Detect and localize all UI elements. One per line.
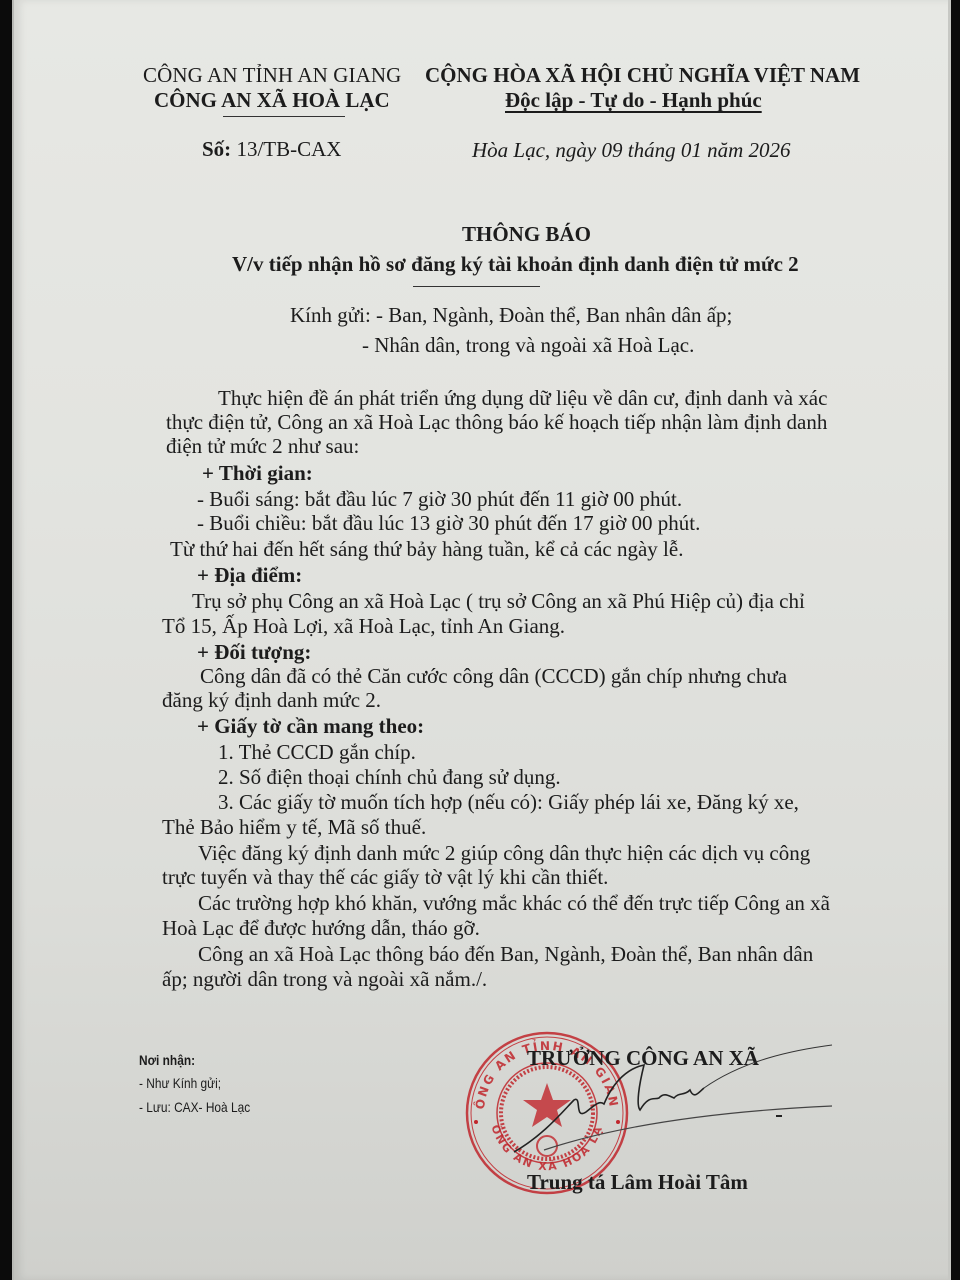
document-page: CÔNG AN TỈNH AN GIANG CÔNG AN XÃ HOÀ LẠC… <box>12 0 951 1280</box>
time-afternoon: - Buổi chiều: bắt đầu lúc 13 giờ 30 phút… <box>197 511 700 535</box>
national-motto: Độc lập - Tự do - Hạnh phúc <box>505 88 762 113</box>
recipients-list-item: - Như Kính gửi; <box>139 1075 221 1091</box>
closing-line-1: Công an xã Hoà Lạc thông báo đến Ban, Ng… <box>198 942 813 966</box>
place-date: Hòa Lạc, ngày 09 tháng 01 năm 2026 <box>472 138 791 163</box>
document-number: Số: 13/TB-CAX <box>202 137 341 162</box>
documents-item-2: 2. Số điện thoại chính chủ đang sử dụng. <box>218 765 561 789</box>
difficulties-line-2: Hoà Lạc để được hướng dẫn, tháo gỡ. <box>162 916 480 940</box>
document-number-value: 13/TB-CAX <box>236 137 341 161</box>
intro-line-1: Thực hiện đề án phát triển ứng dụng dữ l… <box>218 386 827 410</box>
documents-item-3: 3. Các giấy tờ muốn tích hợp (nếu có): G… <box>218 790 799 814</box>
subject-line-2: đăng ký định danh mức 2. <box>162 688 381 712</box>
document-number-label: Số: <box>202 137 231 161</box>
signer-name: Trung tá Lâm Hoài Tâm <box>527 1170 748 1195</box>
signature-icon <box>454 1040 834 1160</box>
country-name: CỘNG HÒA XÃ HỘI CHỦ NGHĨA VIỆT NAM <box>425 63 860 88</box>
benefit-line-1: Việc đăng ký định danh mức 2 giúp công d… <box>198 841 810 865</box>
time-heading: + Thời gian: <box>202 461 313 485</box>
recipients-line-1: Kính gửi: - Ban, Ngành, Đoàn thể, Ban nh… <box>290 303 732 328</box>
documents-heading: + Giấy tờ cần mang theo: <box>197 714 424 738</box>
intro-line-3: điện tử mức 2 như sau: <box>166 434 359 458</box>
subject-line-1: Công dân đã có thẻ Căn cước công dân (CC… <box>200 664 787 688</box>
benefit-line-2: trực tuyến và thay thế các giấy tờ vật l… <box>162 865 608 889</box>
issuing-authority-parent: CÔNG AN TỈNH AN GIANG <box>143 63 401 88</box>
location-line-2: Tổ 15, Ấp Hoà Lợi, xã Hoà Lạc, tỉnh An G… <box>162 614 565 638</box>
document-subject: V/v tiếp nhận hồ sơ đăng ký tài khoản đị… <box>232 252 799 277</box>
recipients-line-2: - Nhân dân, trong và ngoài xã Hoà Lạc. <box>362 333 694 358</box>
recipients-list-item: - Lưu: CAX- Hoà Lạc <box>139 1099 250 1115</box>
difficulties-line-1: Các trường hợp khó khăn, vướng mắc khác … <box>198 891 830 915</box>
closing-line-2: ấp; người dân trong và ngoài xã nắm./. <box>162 967 487 991</box>
subject-heading: + Đối tượng: <box>197 640 311 664</box>
recipients-list-title: Nơi nhận: <box>139 1052 195 1068</box>
documents-item-1: 1. Thẻ CCCD gắn chíp. <box>218 740 416 764</box>
photo-frame: CÔNG AN TỈNH AN GIANG CÔNG AN XÃ HOÀ LẠC… <box>0 0 960 1280</box>
title-rule <box>413 286 540 287</box>
location-heading: + Địa điểm: <box>197 563 302 587</box>
paper-edge <box>948 0 951 1280</box>
document-title: THÔNG BÁO <box>462 222 591 247</box>
intro-line-2: thực điện tử, Công an xã Hoà Lạc thông b… <box>166 410 827 434</box>
time-days: Từ thứ hai đến hết sáng thứ bảy hàng tuầ… <box>170 537 683 561</box>
documents-item-3-cont: Thẻ Bảo hiểm y tế, Mã số thuế. <box>162 815 426 839</box>
time-morning: - Buổi sáng: bắt đầu lúc 7 giờ 30 phút đ… <box>197 487 682 511</box>
issuing-authority: CÔNG AN XÃ HOÀ LẠC <box>154 88 390 113</box>
location-line-1: Trụ sở phụ Công an xã Hoà Lạc ( trụ sở C… <box>192 589 805 613</box>
header-left-rule <box>223 116 345 117</box>
